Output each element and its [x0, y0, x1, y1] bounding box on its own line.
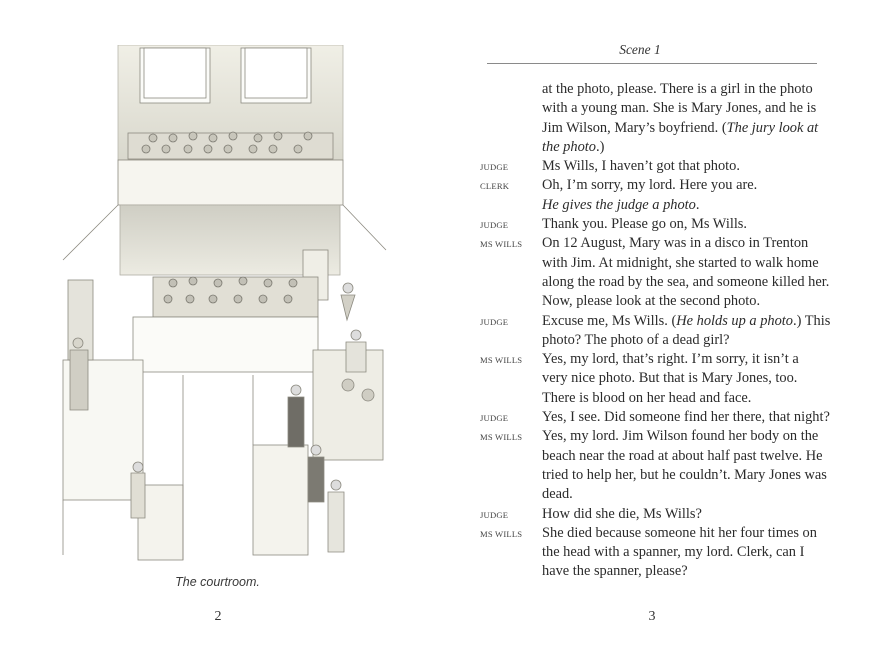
dialogue-text: Yes, my lord. Jim Wilson found her body … [542, 428, 818, 444]
script-line: JudgeYes, I see. Did someone find her th… [480, 408, 840, 427]
script-line: at the photo, please. There is a girl in… [480, 80, 840, 99]
script-line: Ms WillsShe died because someone hit her… [480, 524, 840, 543]
dialogue-text: with a young man. She is Mary Jones, and… [542, 100, 816, 116]
script-line: with a young man. She is Mary Jones, and… [480, 99, 840, 118]
speaker-label: Ms Wills [480, 351, 522, 370]
script-line: JudgeExcuse me, Ms Wills. (He holds up a… [480, 312, 840, 331]
page-number-left: 2 [198, 609, 238, 625]
script-line: There is blood on her head and face. [480, 389, 840, 408]
script-line: beach near the road at about half past t… [480, 447, 840, 466]
dialogue-text: .) This [793, 313, 830, 329]
dialogue-text: On 12 August, Mary was in a disco in Tre… [542, 235, 808, 251]
script-line: the head with a spanner, my lord. Clerk,… [480, 543, 840, 562]
dialogue-text: Thank you. Please go on, Ms Wills. [542, 216, 747, 232]
dialogue-text: Ms Wills, I haven’t got that photo. [542, 158, 740, 174]
speaker-label: Ms Wills [480, 525, 522, 544]
speaker-label: Ms Wills [480, 235, 522, 254]
illustration-caption: The courtroom. [0, 575, 435, 589]
script-line: tried to help her, but he couldn’t. Mary… [480, 466, 840, 485]
stage-direction: He gives the judge a photo [542, 197, 696, 213]
script-line: Jim Wilson, Mary’s boyfriend. (The jury … [480, 119, 840, 138]
script-line: JudgeHow did she die, Ms Wills? [480, 505, 840, 524]
script-line: ClerkOh, I’m sorry, my lord. Here you ar… [480, 176, 840, 195]
dialogue-text: at the photo, please. There is a girl in… [542, 81, 813, 97]
speaker-label: Judge [480, 506, 508, 525]
script-line: with Jim. At midnight, she started to wa… [480, 254, 840, 273]
dialogue-text: photo? The photo of a dead girl? [542, 332, 730, 348]
script-line: He gives the judge a photo. [480, 196, 840, 215]
script-line: Ms WillsYes, my lord, that’s right. I’m … [480, 350, 840, 369]
script-line: JudgeThank you. Please go on, Ms Wills. [480, 215, 840, 234]
dialogue-text: . [696, 197, 700, 213]
stage-direction: The jury look at [727, 120, 819, 136]
speaker-label: Judge [480, 409, 508, 428]
script-line: JudgeMs Wills, I haven’t got that photo. [480, 157, 840, 176]
dialogue-text: the head with a spanner, my lord. Clerk,… [542, 544, 804, 560]
dialogue-text: very nice photo. But that is Mary Jones,… [542, 370, 797, 386]
dialogue-text: Yes, I see. Did someone find her there, … [542, 409, 830, 425]
speaker-label: Ms Wills [480, 428, 522, 447]
header-rule [487, 63, 817, 64]
script-line: Ms WillsYes, my lord. Jim Wilson found h… [480, 427, 840, 446]
script-line: the photo.) [480, 138, 840, 157]
dialogue-text: along the road by the sea, and someone k… [542, 274, 829, 290]
play-script: at the photo, please. There is a girl in… [480, 80, 840, 582]
dialogue-text: beach near the road at about half past t… [542, 448, 823, 464]
dialogue-text: How did she die, Ms Wills? [542, 506, 702, 522]
dialogue-text: She died because someone hit her four ti… [542, 525, 817, 541]
script-line: Ms WillsOn 12 August, Mary was in a disc… [480, 234, 840, 253]
right-page: Scene 1 at the photo, please. There is a… [435, 0, 870, 668]
speaker-label: Judge [480, 158, 508, 177]
stage-direction: the photo [542, 139, 596, 155]
courtroom-illustration [58, 45, 388, 565]
script-line: have the spanner, please? [480, 562, 840, 581]
script-line: very nice photo. But that is Mary Jones,… [480, 369, 840, 388]
script-line: photo? The photo of a dead girl? [480, 331, 840, 350]
script-line: Now, please look at the second photo. [480, 292, 840, 311]
speaker-label: Clerk [480, 177, 509, 196]
speaker-label: Judge [480, 313, 508, 332]
dialogue-text: Now, please look at the second photo. [542, 293, 760, 309]
dialogue-text: dead. [542, 486, 573, 502]
dialogue-text: Excuse me, Ms Wills. ( [542, 313, 676, 329]
courtroom-drawing [58, 45, 388, 565]
dialogue-text: with Jim. At midnight, she started to wa… [542, 255, 819, 271]
dialogue-text: There is blood on her head and face. [542, 390, 751, 406]
page-number-right: 3 [632, 609, 672, 625]
dialogue-text: have the spanner, please? [542, 563, 688, 579]
dialogue-text: .) [596, 139, 604, 155]
speaker-label: Judge [480, 216, 508, 235]
script-line: along the road by the sea, and someone k… [480, 273, 840, 292]
script-line: dead. [480, 485, 840, 504]
dialogue-text: Yes, my lord, that’s right. I’m sorry, i… [542, 351, 799, 367]
dialogue-text: tried to help her, but he couldn’t. Mary… [542, 467, 827, 483]
dialogue-text: Jim Wilson, Mary’s boyfriend. ( [542, 120, 727, 136]
left-page: The courtroom. 2 [0, 0, 435, 668]
running-head: Scene 1 [465, 42, 815, 58]
dialogue-text: Oh, I’m sorry, my lord. Here you are. [542, 177, 757, 193]
stage-direction: He holds up a photo [676, 313, 793, 329]
